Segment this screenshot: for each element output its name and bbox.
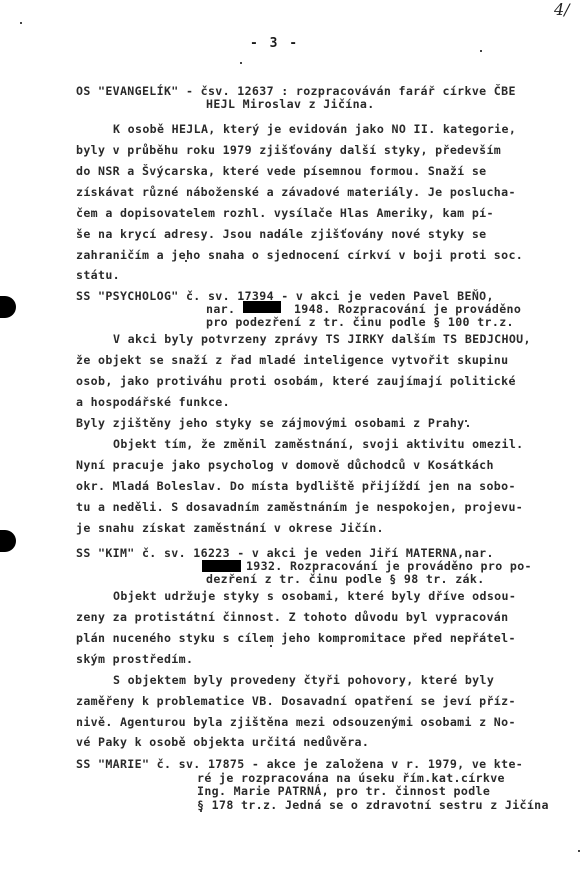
- paragraph-line: ským prostředím.: [76, 652, 193, 666]
- section-heading: pro podezření z tr. činu podle § 100 tr.…: [206, 315, 514, 329]
- scan-speck: [200, 810, 202, 812]
- paragraph-line: zaměřeny k problematice VB. Dosavadní op…: [76, 694, 516, 708]
- paragraph-line: je snahu získat zaměstnání v okrese Jičí…: [76, 521, 384, 535]
- paragraph-line: Byly zjištěny jeho styky se zájmovými os…: [76, 416, 472, 430]
- paragraph-line: do NSR a Švýcarska, které vede písemnou …: [76, 164, 486, 178]
- section-heading: Ing. Marie PATRNÁ, pro tr. činnost podle: [197, 784, 490, 798]
- scan-speck: [185, 260, 187, 262]
- scan-speck: [578, 850, 580, 852]
- page-number: - 3 -: [250, 36, 299, 51]
- redaction-bar: [243, 301, 281, 313]
- paragraph-line: osob, jako protiváhu proti osobám, které…: [76, 374, 516, 388]
- section-heading: dezření z tr. činu podle § 98 tr. zák.: [206, 572, 485, 586]
- handwritten-page-mark: 4/: [554, 0, 570, 19]
- paragraph-line: okr. Mladá Boleslav. Do místa bydliště p…: [76, 479, 516, 493]
- section-heading: SS "KIM" č. sv. 16223 - v akci je veden …: [76, 546, 494, 560]
- scan-speck: [480, 50, 482, 52]
- paragraph-line: tu a neděli. S dosavadním zaměstnáním je…: [76, 500, 523, 514]
- scan-speck: [240, 62, 242, 64]
- paragraph-line: získávat různé náboženské a závadové mat…: [76, 185, 516, 199]
- punch-hole-icon: [0, 530, 16, 552]
- paragraph-line: čem a dopisovatelem rozhl. vysílače Hlas…: [76, 206, 494, 220]
- paragraph-line: V akci byly potvrzeny zprávy TS JIRKY da…: [113, 332, 531, 346]
- paragraph-line: zeny za protistátní činnost. Z tohoto dů…: [76, 610, 508, 624]
- paragraph-line: plán nuceného styku s cílem jeho komprom…: [76, 631, 516, 645]
- section-heading: HEJL Miroslav z Jičína.: [206, 97, 375, 111]
- punch-hole-icon: [0, 296, 16, 318]
- section-heading: SS "PSYCHOLOG" č. sv. 17394 - v akci je …: [76, 289, 494, 303]
- scan-speck: [465, 420, 467, 422]
- paragraph-line: še na krycí adresy. Jsou nadále zjišťová…: [76, 227, 486, 241]
- paragraph-line: a hospodářské funkce.: [76, 395, 230, 409]
- scan-speck: [20, 22, 22, 24]
- section-heading: ré je rozpracována na úseku řím.kat.círk…: [197, 771, 505, 785]
- section-heading: OS "EVANGELÍK" - čsv. 12637 : rozpracová…: [76, 84, 516, 98]
- paragraph-line: zahraničím a jeho snaha o sjednocení cír…: [76, 248, 523, 262]
- paragraph-line: K osobě HEJLA, který je evidován jako NO…: [113, 122, 516, 136]
- paragraph-line: Objekt tím, že změnil zaměstnání, svoji …: [113, 437, 523, 451]
- paragraph-line: vé Paky k osobě objekta určitá nedůvěra.: [76, 735, 369, 749]
- paragraph-line: Objekt udržuje styky s osobami, které by…: [113, 589, 516, 603]
- paragraph-line: nivě. Agenturou byla zjištěna mezi odsou…: [76, 715, 516, 729]
- scan-speck: [270, 645, 272, 647]
- section-heading: § 178 tr.z. Jedná se o zdravotní sestru …: [197, 798, 549, 812]
- section-heading: SS "MARIE" č. sv. 17875 - akce je založe…: [76, 757, 523, 771]
- paragraph-line: státu.: [76, 268, 120, 282]
- document-page: 4/ - 3 - OS "EVANGELÍK" - čsv. 12637 : r…: [0, 0, 588, 879]
- paragraph-line: byly v průběhu roku 1979 zjišťovány dalš…: [76, 143, 501, 157]
- paragraph-line: že objekt se snaží z řad mladé inteligen…: [76, 353, 508, 367]
- paragraph-line: S objektem byly provedeny čtyři pohovory…: [113, 673, 494, 687]
- section-heading: 1932. Rozpracování je prováděno pro po-: [202, 559, 532, 573]
- paragraph-line: Nyní pracuje jako psycholog v domově důc…: [76, 458, 494, 472]
